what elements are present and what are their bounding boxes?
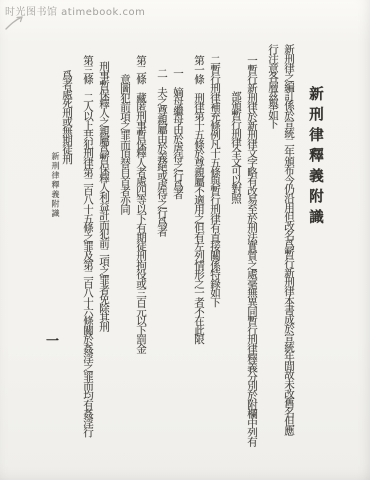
page-title: 新刑律釋義附識	[302, 44, 328, 464]
text-column: 爲者處死刑或無期徒刑	[59, 44, 75, 464]
text-column: 行注意各層茲舉如下	[265, 44, 281, 464]
page-number: 一	[46, 330, 59, 349]
text-column: 部頒暫行刑律全文可以對照	[228, 44, 244, 464]
text-column: 第二條 藏匿刑事暫保釋人者處四等以下有期徒刑拘役或三百元以下罰金	[133, 44, 149, 464]
text-column: 意圖犯前項之罪而頂替自首者亦同	[117, 44, 133, 464]
text-column: 一 嫡母繼母由於虐待之行爲者	[170, 44, 186, 464]
watermark-text: 时光图书馆 atimebook.com	[5, 3, 145, 18]
book-title-margin-label: 新刑律釋義附識	[50, 152, 61, 219]
page-body: 新刑律釋義附識 新刑律之編訂係於宣統二年頒布今仍沿用但改名爲暫行新刑律本書成於宣…	[44, 44, 328, 464]
scanned-book-page: 时光图书馆 atimebook.com 新刑律釋義附識 新刑律之編訂係於宣統二年…	[0, 0, 370, 480]
text-column: 一暫行新刑律於新刑律文字略有改易至於刑法實質之處毫無異同暫行刑律釋義分別於附欄中…	[244, 44, 260, 464]
text-column: 新刑律之編訂係於宣統二年頒布今仍沿用但改名爲暫行新刑律本書成於宣統年間故未改舊名…	[281, 44, 297, 464]
text-column: 第三條 二人以上共犯刑律第二百八十五條之罪及第二百八十六條關於姦淫之罪而均有姦淫…	[80, 44, 96, 464]
text-column: 二暫行刑律補充條例凡十五條與暫行刑律有直接關係特錄如下	[207, 44, 223, 464]
text-column: 刑事暫保釋人之親屬爲暫保釋人利益計而犯前二項之罪者免除其刑	[96, 44, 112, 464]
text-column: 第一條 刑律第十五條於尊親屬不適用之但有左列情形之一者不在此限	[191, 44, 207, 464]
text-column: 二 夫之尊親屬由於義絕或虐待之行爲者	[154, 44, 170, 464]
watermark-arrow-icon	[4, 14, 26, 36]
